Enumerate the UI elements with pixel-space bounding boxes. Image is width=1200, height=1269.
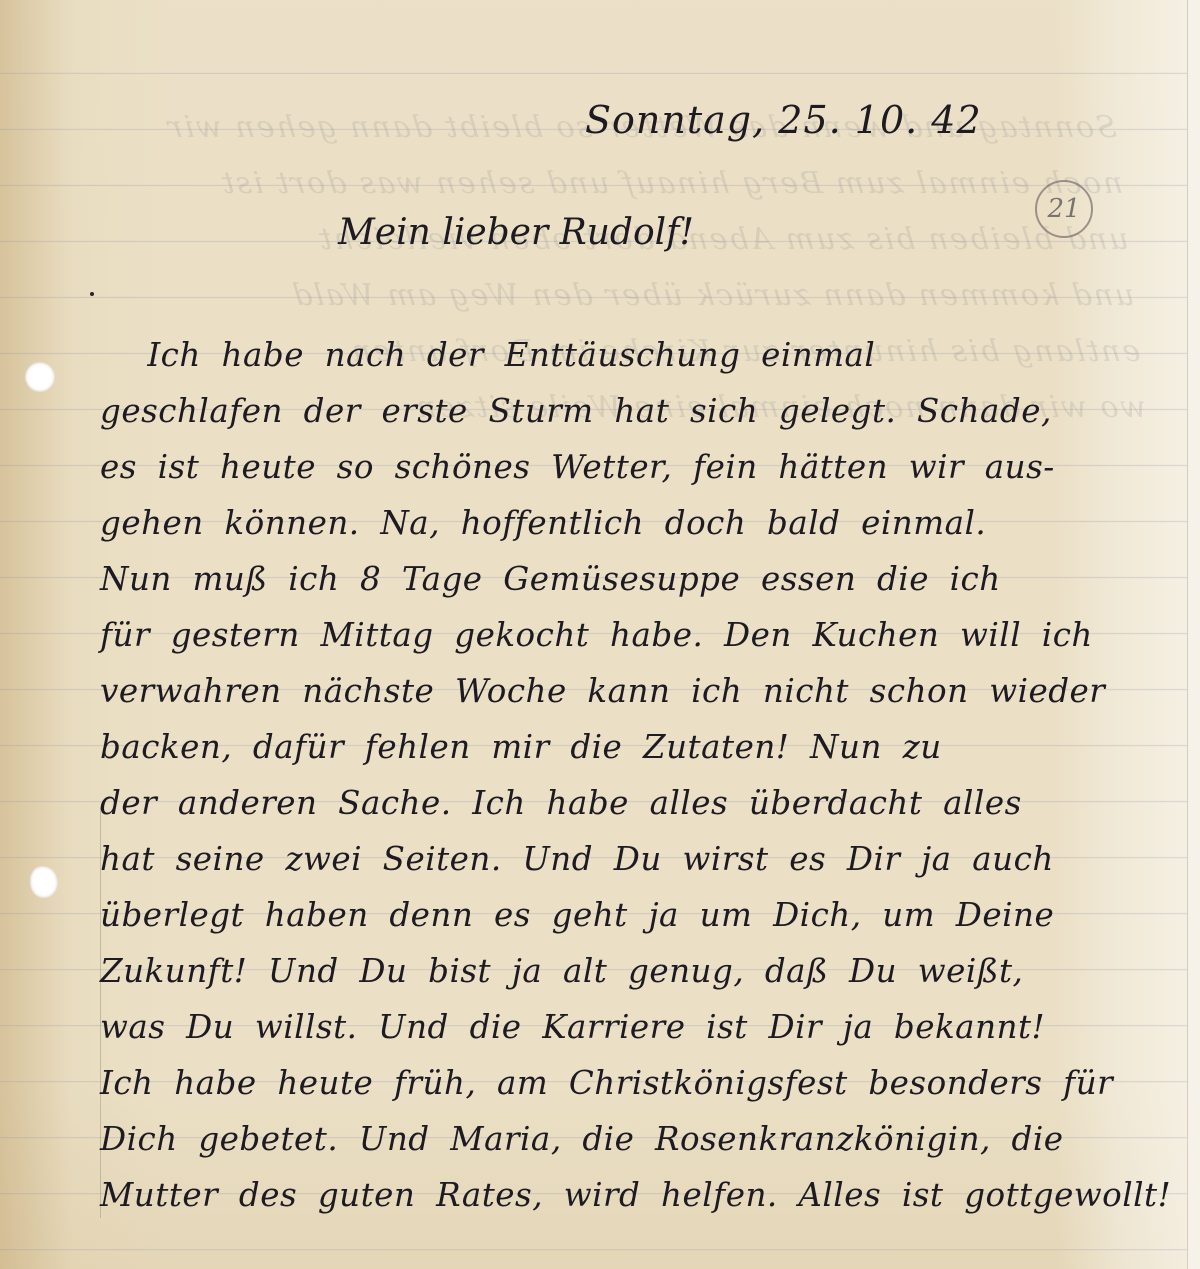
punch-hole-top bbox=[25, 362, 55, 392]
letter-body: Ich habe nach der Enttäuschung einmal ge… bbox=[100, 327, 1200, 1223]
body-line: backen, dafür fehlen mir die Zutaten! Nu… bbox=[100, 719, 1185, 775]
body-line: Mutter des guten Rates, wird helfen. All… bbox=[100, 1167, 1185, 1223]
letter-page: Sonntag und wenn das Wetter so bleibt da… bbox=[0, 0, 1200, 1269]
salutation: Mein lieber Rudolf! bbox=[338, 212, 694, 253]
body-line: es ist heute so schönes Wetter, fein hät… bbox=[100, 439, 1185, 495]
body-line: hat seine zwei Seiten. Und Du wirst es D… bbox=[100, 831, 1185, 887]
body-line: Ich habe heute früh, am Christkönigsfest… bbox=[100, 1055, 1185, 1111]
body-line: was Du willst. Und die Karriere ist Dir … bbox=[100, 999, 1185, 1055]
ink-dot bbox=[90, 292, 94, 296]
body-line: überlegt haben denn es geht ja um Dich, … bbox=[100, 887, 1185, 943]
body-line: Dich gebetet. Und Maria, die Rosenkranzk… bbox=[100, 1111, 1185, 1167]
punch-hole-bottom bbox=[30, 866, 58, 898]
body-line: Nun muß ich 8 Tage Gemüsesuppe essen die… bbox=[100, 551, 1185, 607]
body-line: für gestern Mittag gekocht habe. Den Kuc… bbox=[100, 607, 1185, 663]
body-line: gehen können. Na, hoffentlich doch bald … bbox=[100, 495, 1185, 551]
date-line: Sonntag, 25. 10. 42 bbox=[585, 98, 982, 142]
body-line: Zukunft! Und Du bist ja alt genug, daß D… bbox=[100, 943, 1185, 999]
body-line: geschlafen der erste Sturm hat sich gele… bbox=[100, 383, 1185, 439]
circled-page-number: 21 bbox=[1035, 180, 1093, 238]
body-line: der anderen Sache. Ich habe alles überda… bbox=[100, 775, 1185, 831]
body-line: Ich habe nach der Enttäuschung einmal bbox=[100, 327, 1185, 383]
body-line: verwahren nächste Woche kann ich nicht s… bbox=[100, 663, 1185, 719]
